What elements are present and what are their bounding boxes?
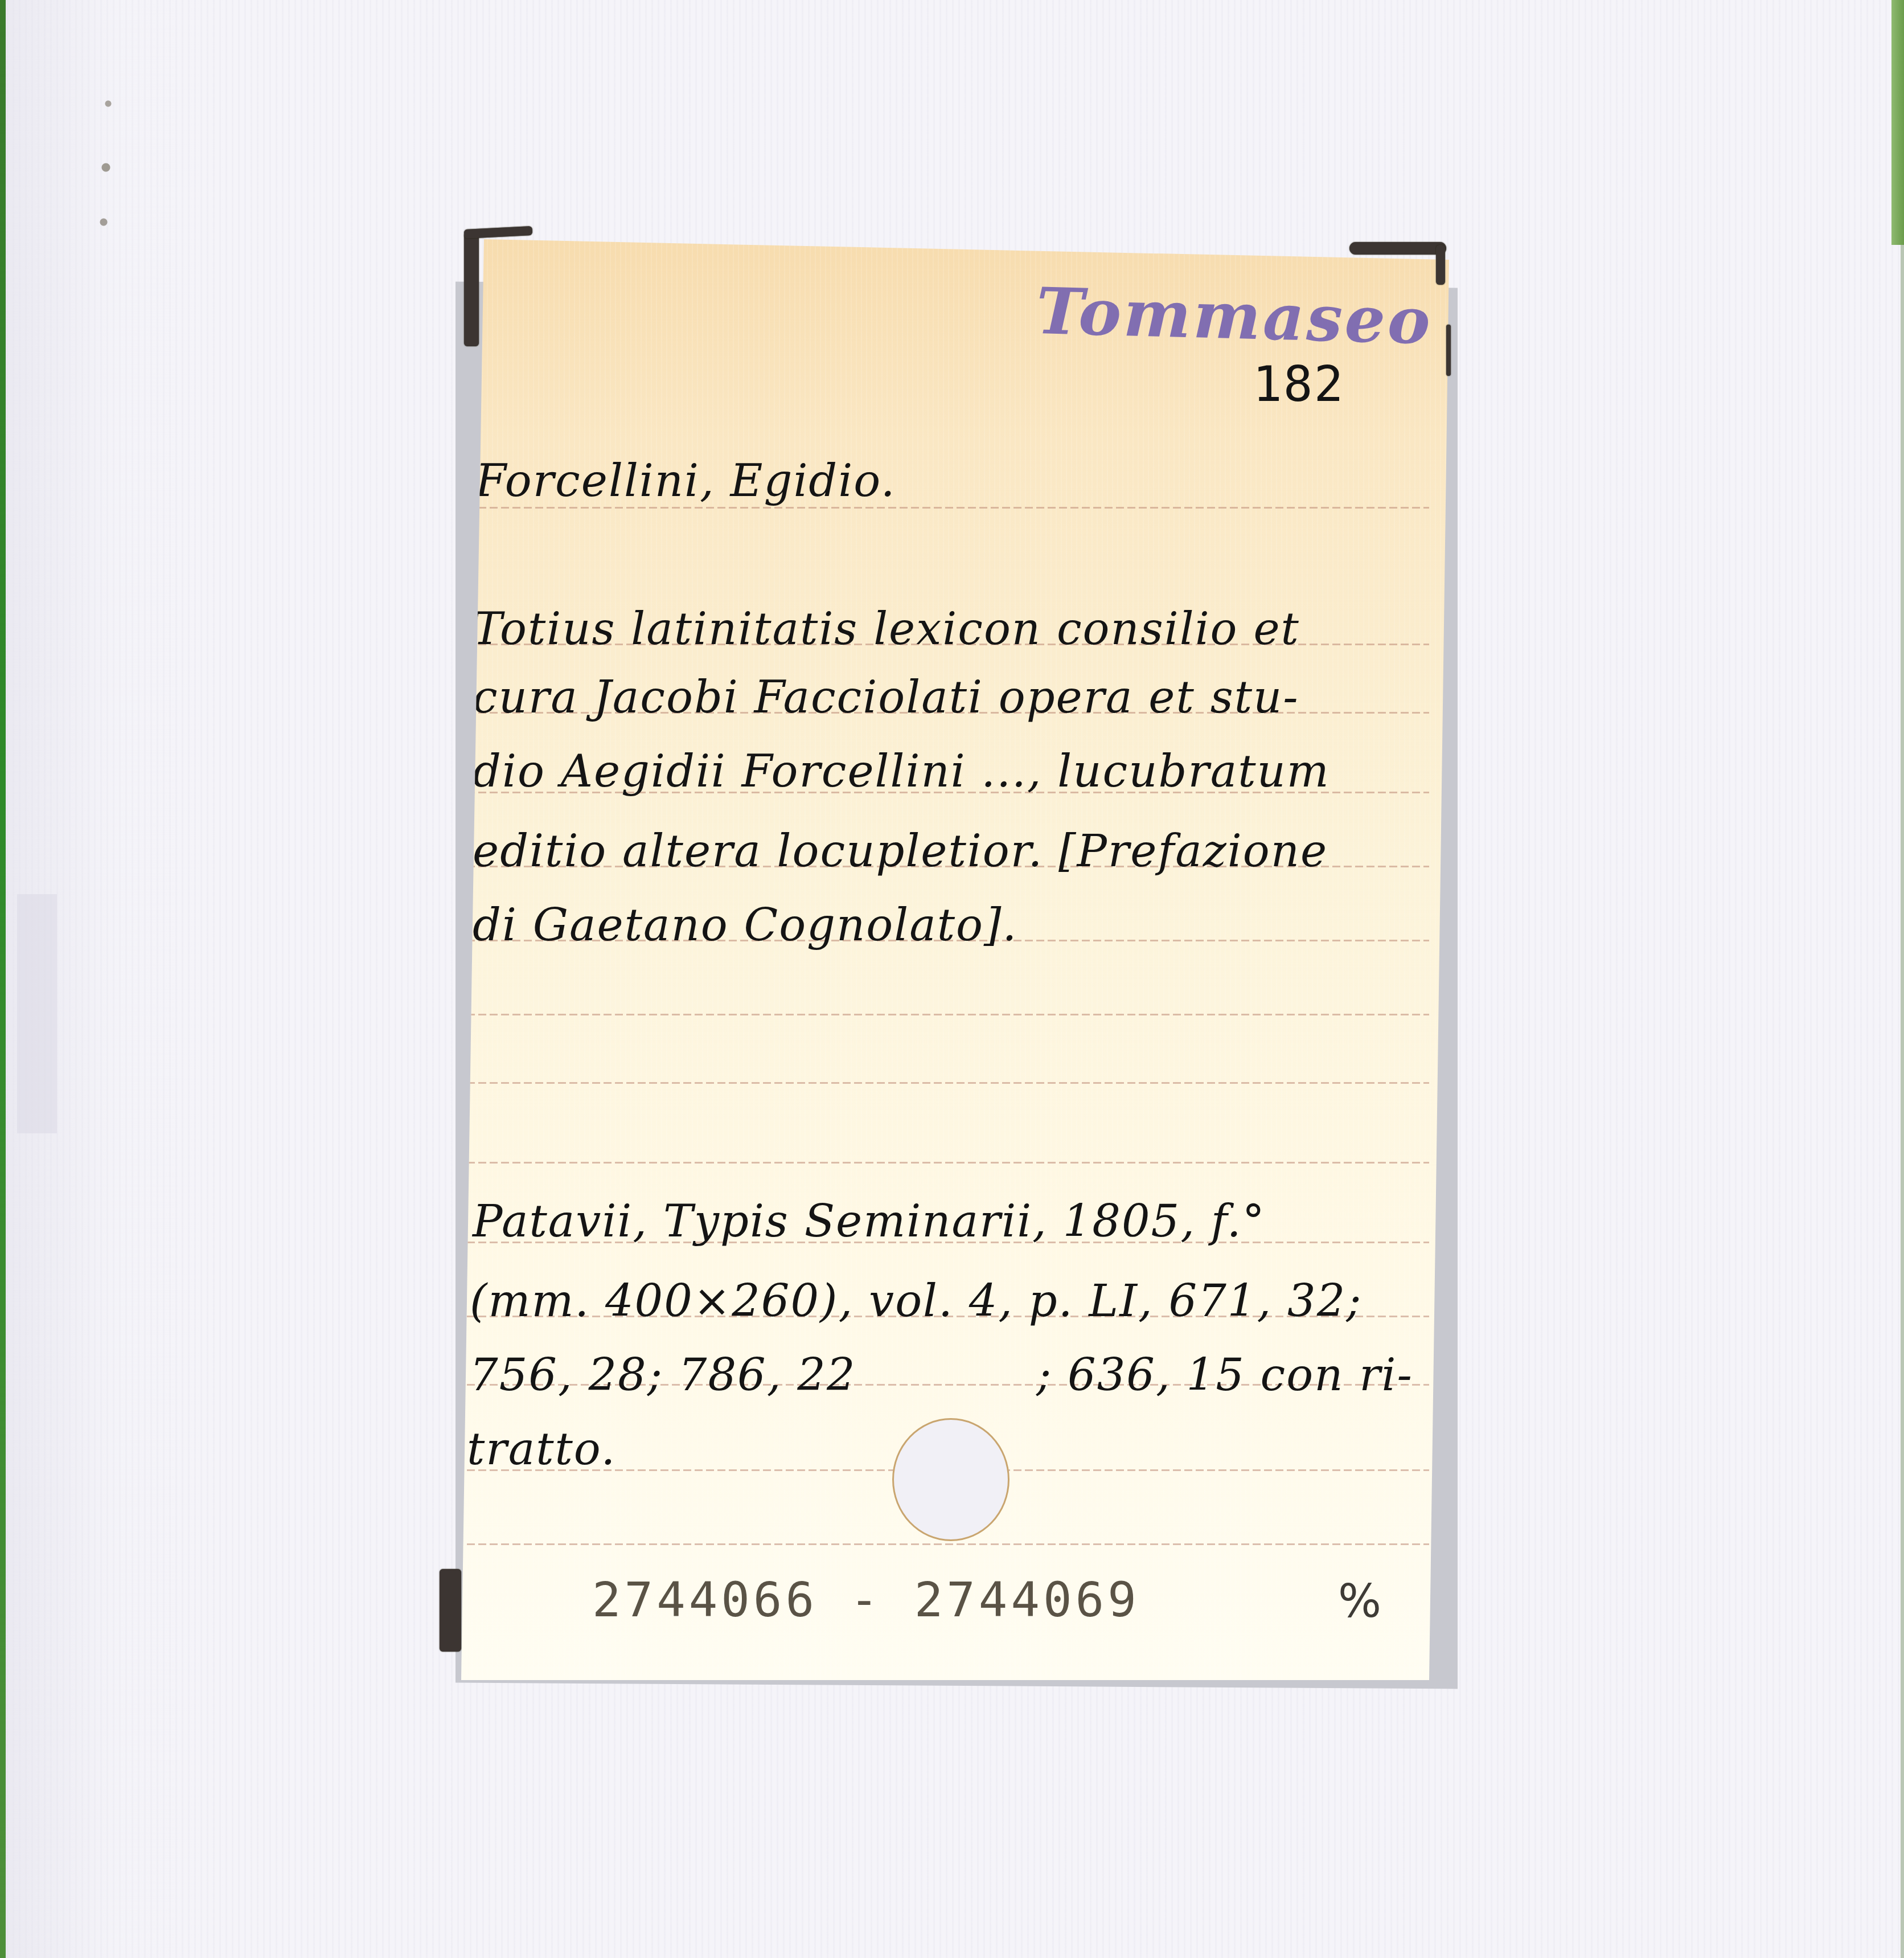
metal-clip-bottom-left bbox=[440, 1569, 461, 1652]
corner-mark: % bbox=[1338, 1575, 1381, 1628]
mount-perforation bbox=[97, 85, 120, 268]
catalogue-card: Tommaseo 182 Forcellini, Egidio. Totius … bbox=[461, 239, 1469, 1686]
scan-edge-right bbox=[1891, 0, 1904, 245]
imprint-line: 756, 28; 786, 22 bbox=[470, 1350, 856, 1401]
ruled-line bbox=[467, 1014, 1429, 1015]
title-line: Totius latinitatis lexicon consilio et bbox=[473, 604, 1300, 655]
imprint-line: (mm. 400×260), vol. 4, p. LI, 671, 32; bbox=[470, 1276, 1363, 1327]
ruled-line bbox=[467, 507, 1429, 509]
ruled-line bbox=[467, 1543, 1429, 1545]
title-line: editio altera locupletior. [Prefazione bbox=[473, 826, 1328, 877]
collection-stamp: Tommaseo bbox=[1035, 274, 1433, 359]
punch-hole bbox=[892, 1418, 1010, 1541]
scan-edge-right-lower bbox=[1901, 245, 1904, 1958]
scan-edge-left bbox=[0, 0, 6, 1958]
mount-shadow bbox=[17, 894, 57, 1133]
card-surface: Tommaseo 182 Forcellini, Egidio. Totius … bbox=[461, 239, 1452, 1680]
title-line: dio Aegidii Forcellini ..., lucubratum bbox=[473, 746, 1330, 797]
title-line: cura Jacobi Facciolati opera et stu- bbox=[473, 672, 1299, 723]
ruled-line bbox=[467, 1162, 1429, 1164]
metal-clip-top-right-arm bbox=[1436, 245, 1445, 285]
title-line: di Gaetano Cognolato]. bbox=[473, 900, 1017, 951]
inventory-numbers: 2744066 - 2744069 bbox=[592, 1572, 1140, 1628]
metal-clip-top-right bbox=[1349, 242, 1446, 255]
author-heading: Forcellini, Egidio. bbox=[475, 456, 896, 507]
metal-clip-top-left bbox=[464, 232, 479, 346]
ruled-line bbox=[467, 1082, 1429, 1084]
imprint-line: ; 636, 15 con ri- bbox=[1036, 1350, 1413, 1401]
shelfmark: 182 bbox=[1253, 356, 1344, 413]
imprint-line: tratto. bbox=[467, 1424, 616, 1475]
metal-clip-right-tab bbox=[1446, 325, 1451, 376]
imprint-line: Patavii, Typis Seminarii, 1805, f.° bbox=[473, 1196, 1266, 1247]
